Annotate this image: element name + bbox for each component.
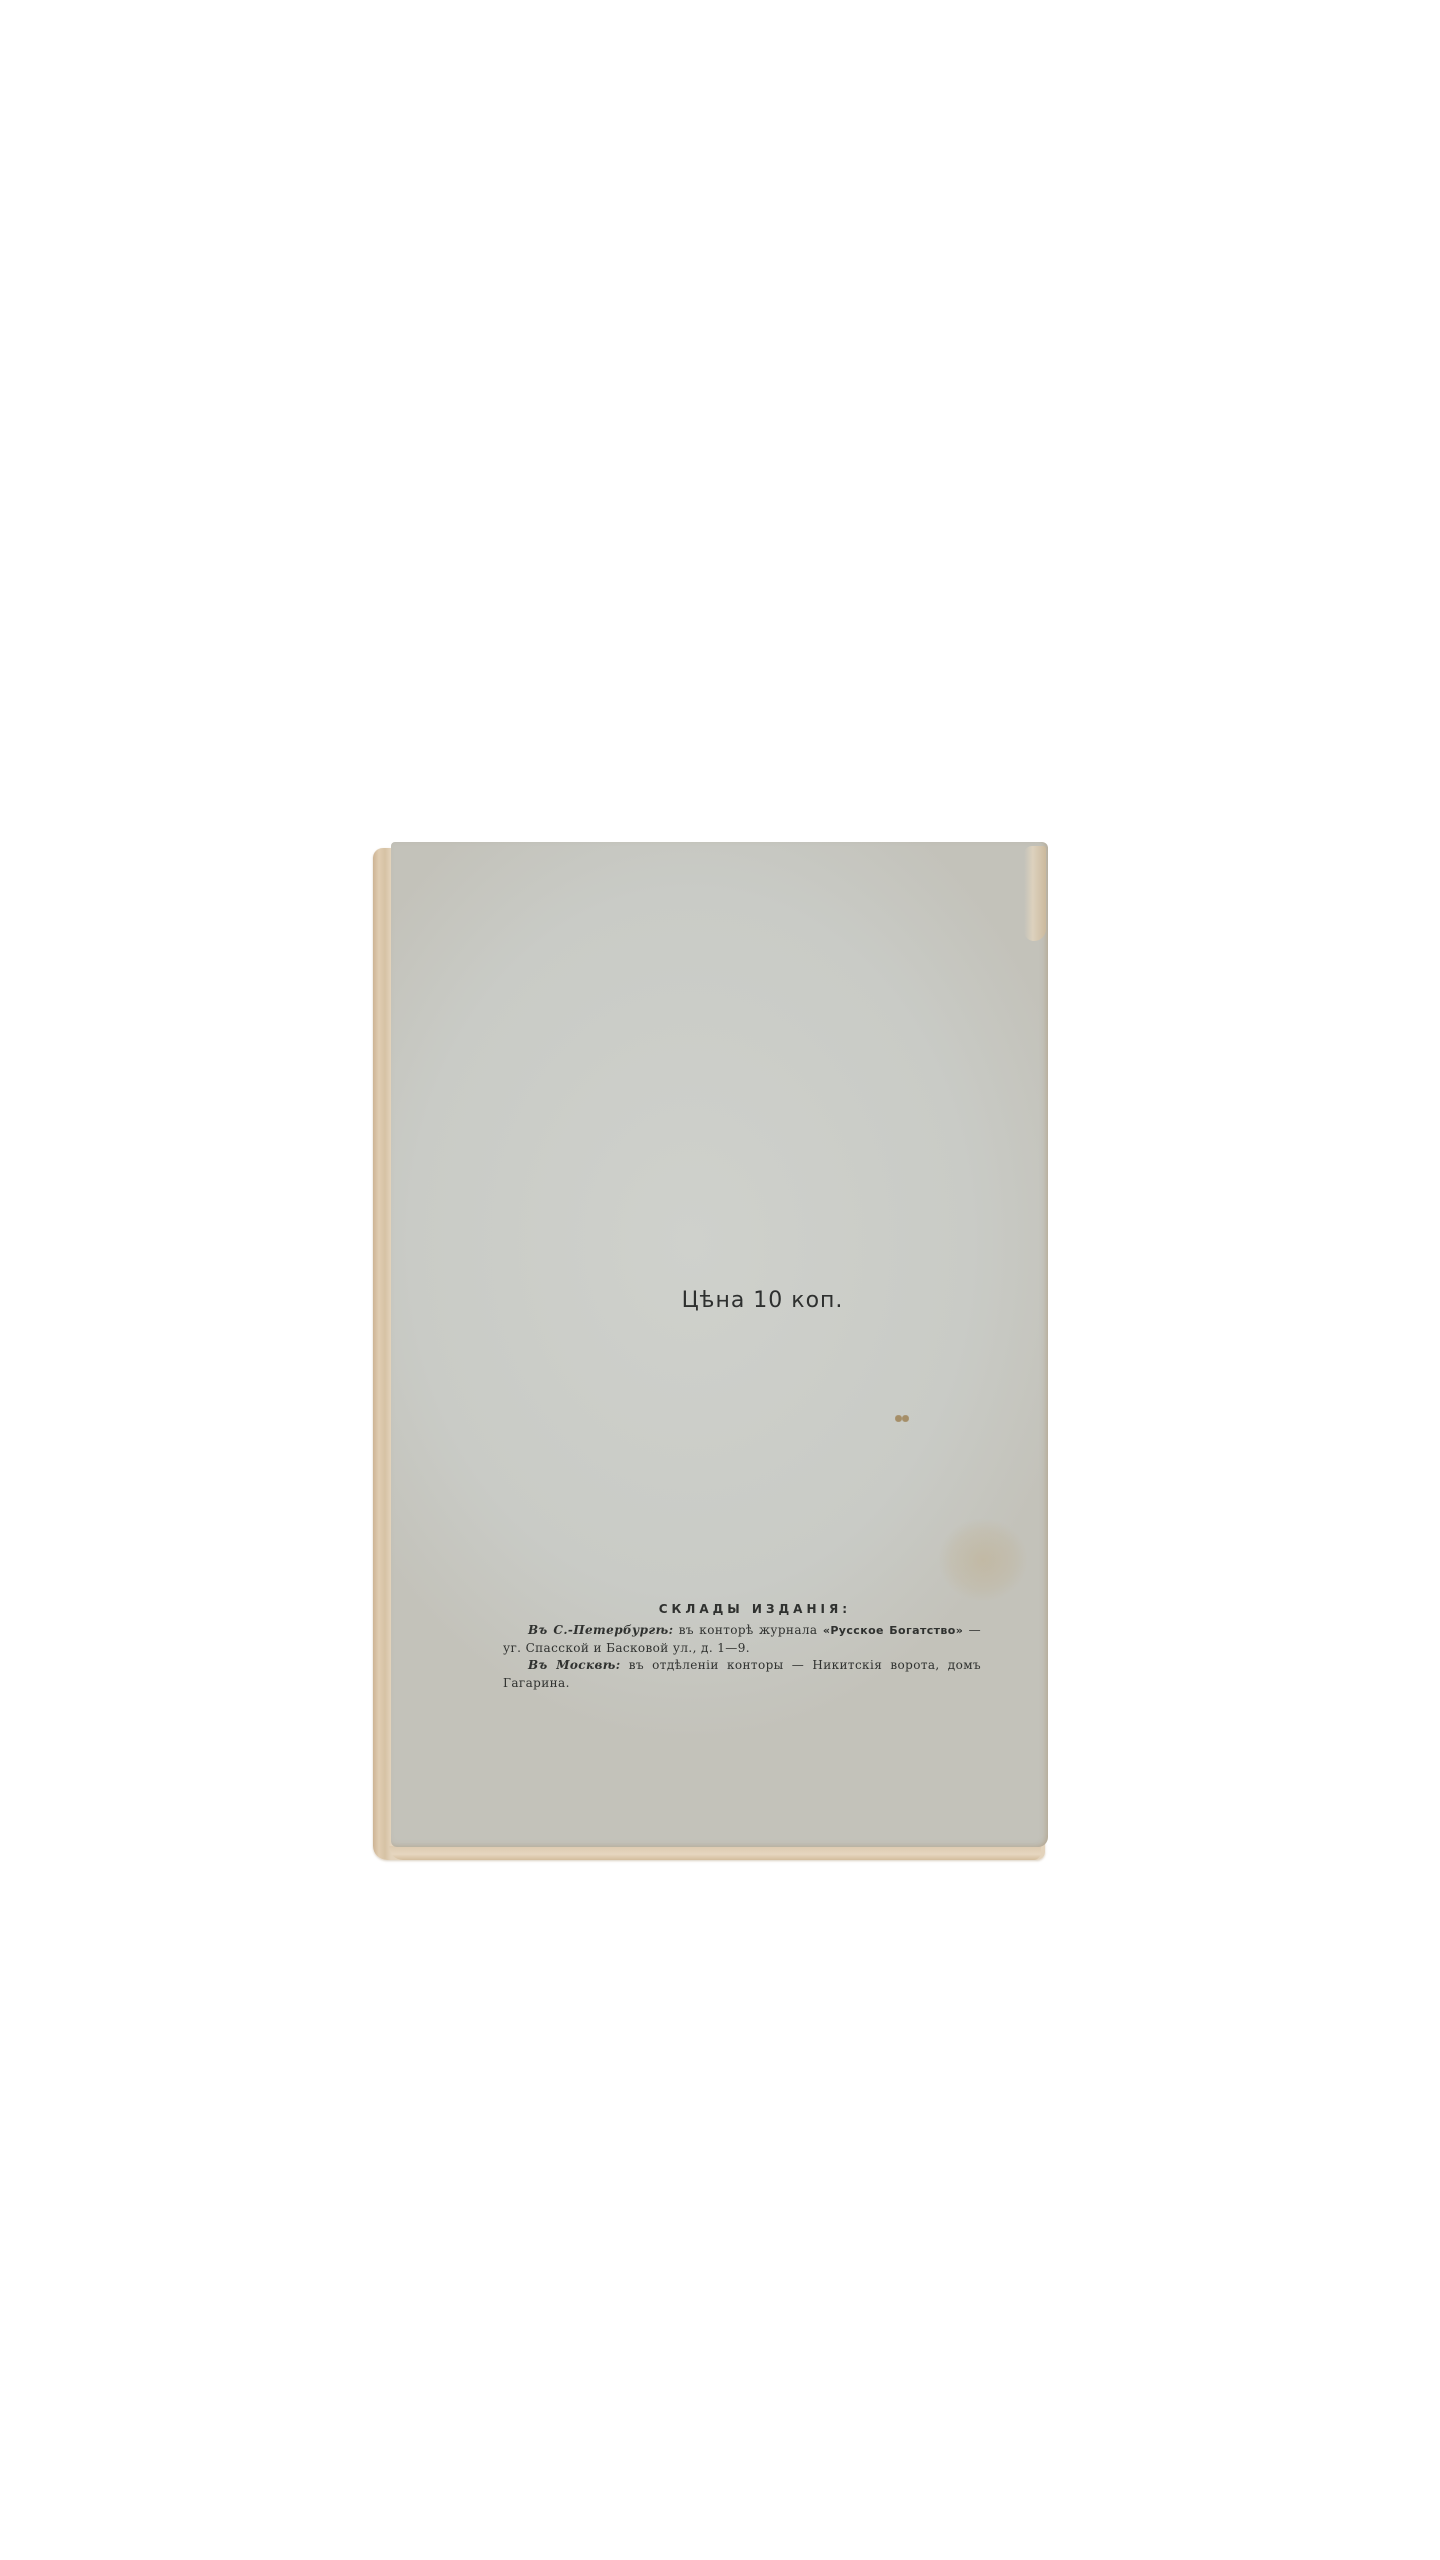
foxing-spot	[895, 1415, 909, 1422]
depot-moscow: Въ Москвѣ: въ отдѣленіи конторы — Никитс…	[503, 1657, 981, 1692]
journal-name: «Русское Богатство»	[823, 1624, 963, 1637]
depot-st-petersburg: Въ С.-Петербургѣ: въ конторѣ журнала «Ру…	[503, 1622, 981, 1657]
city-name: Въ С.-Петербургѣ:	[528, 1623, 673, 1637]
city-name: Въ Москвѣ:	[528, 1658, 621, 1672]
depots-block: СКЛАДЫ ИЗДАНІЯ: Въ С.-Петербургѣ: въ кон…	[503, 1602, 981, 1692]
worn-corner	[1024, 846, 1046, 941]
pamphlet: Цѣна 10 коп. СКЛАДЫ ИЗДАНІЯ: Въ С.-Петер…	[373, 842, 1050, 1860]
page-block-bottom-edge	[389, 1846, 1041, 1860]
back-cover: Цѣна 10 коп. СКЛАДЫ ИЗДАНІЯ: Въ С.-Петер…	[391, 842, 1048, 1847]
price-label: Цѣна 10 коп.	[391, 1288, 1048, 1313]
depots-title: СКЛАДЫ ИЗДАНІЯ:	[503, 1602, 981, 1616]
depot-text: въ конторѣ журнала	[679, 1623, 818, 1637]
